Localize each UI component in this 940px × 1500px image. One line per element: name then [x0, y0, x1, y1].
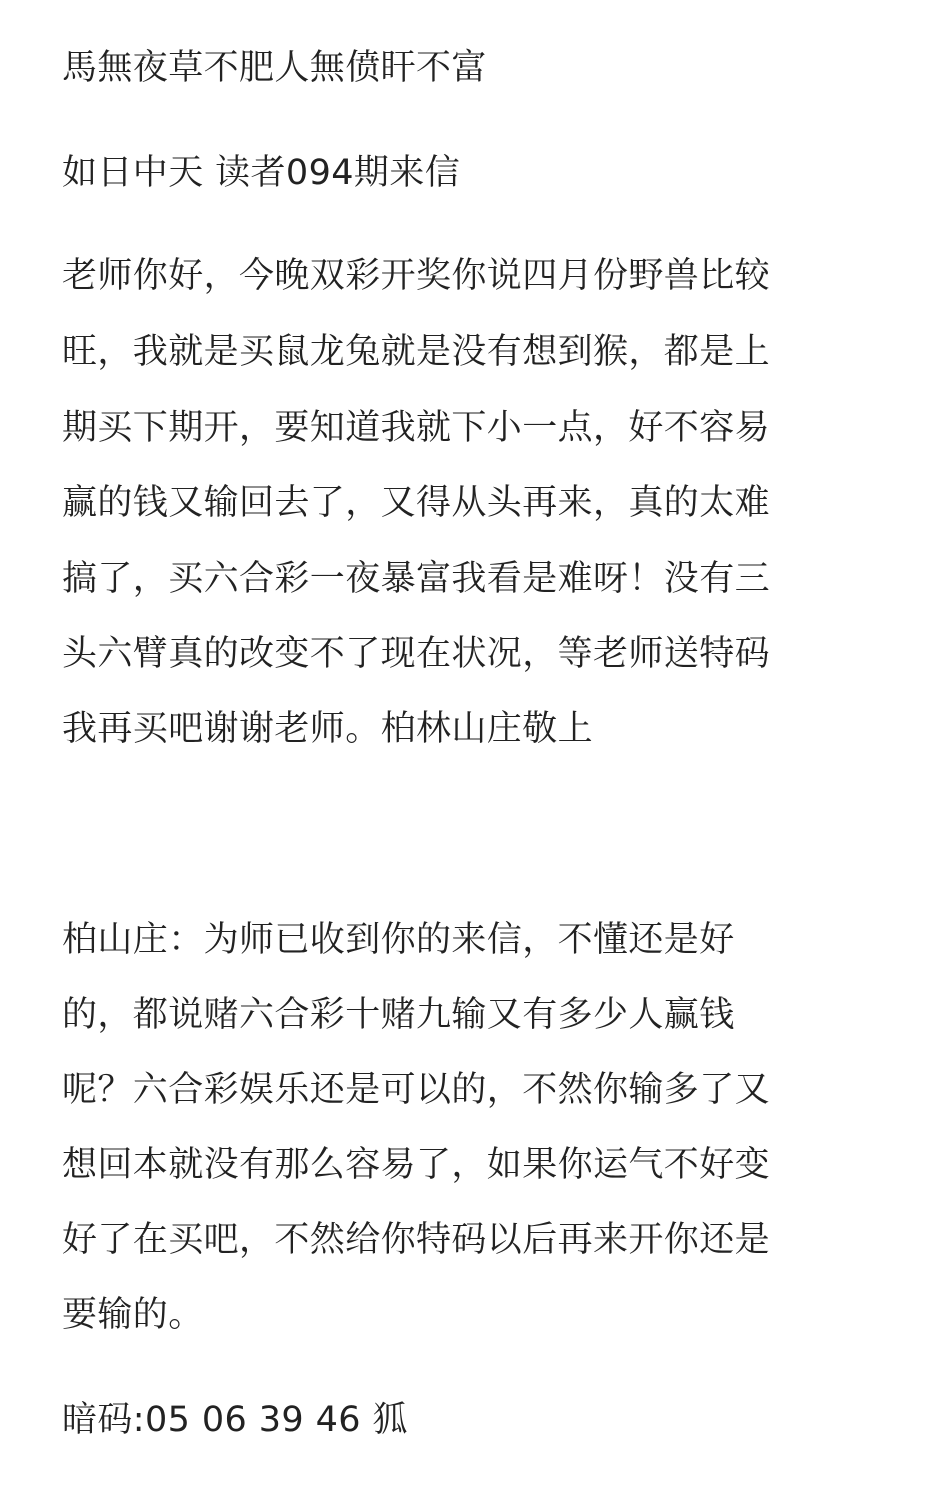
- letter-line: 搞了，买六合彩一夜暴富我看是难呀！没有三: [62, 559, 770, 599]
- letter-line: 旺，我就是买鼠龙兔就是没有想到猴，都是上: [62, 332, 770, 372]
- reply-line: 好了在买吧，不然给你特码以后再来开你还是: [62, 1220, 770, 1260]
- reply-line: 想回本就没有那么容易了，如果你运气不好变: [62, 1145, 770, 1185]
- reply-line: 要输的。: [62, 1295, 204, 1335]
- document-title: 馬無夜草不肥人無偾盰不富: [62, 48, 487, 88]
- letter-line: 我再买吧谢谢老师。柏林山庄敬上: [62, 709, 593, 749]
- reply-line: 柏山庄：为师已收到你的来信，不懂还是好: [62, 920, 735, 960]
- reply-line: 的，都说赌六合彩十赌九输又有多少人赢钱: [62, 995, 735, 1035]
- letter-line: 期买下期开，要知道我就下小一点，好不容易: [62, 408, 770, 448]
- letter-line: 头六臂真的改变不了现在状况，等老师送特码: [62, 634, 770, 674]
- letter-line: 老师你好，今晚双彩开奖你说四月份野兽比较: [62, 256, 770, 296]
- code-numbers: 暗码:05 06 39 46 狐: [62, 1400, 408, 1440]
- letter-heading: 如日中天 读者094期来信: [62, 153, 460, 193]
- letter-line: 赢的钱又输回去了，又得从头再来，真的太难: [62, 483, 770, 523]
- reply-line: 呢？六合彩娱乐还是可以的，不然你输多了又: [62, 1070, 770, 1110]
